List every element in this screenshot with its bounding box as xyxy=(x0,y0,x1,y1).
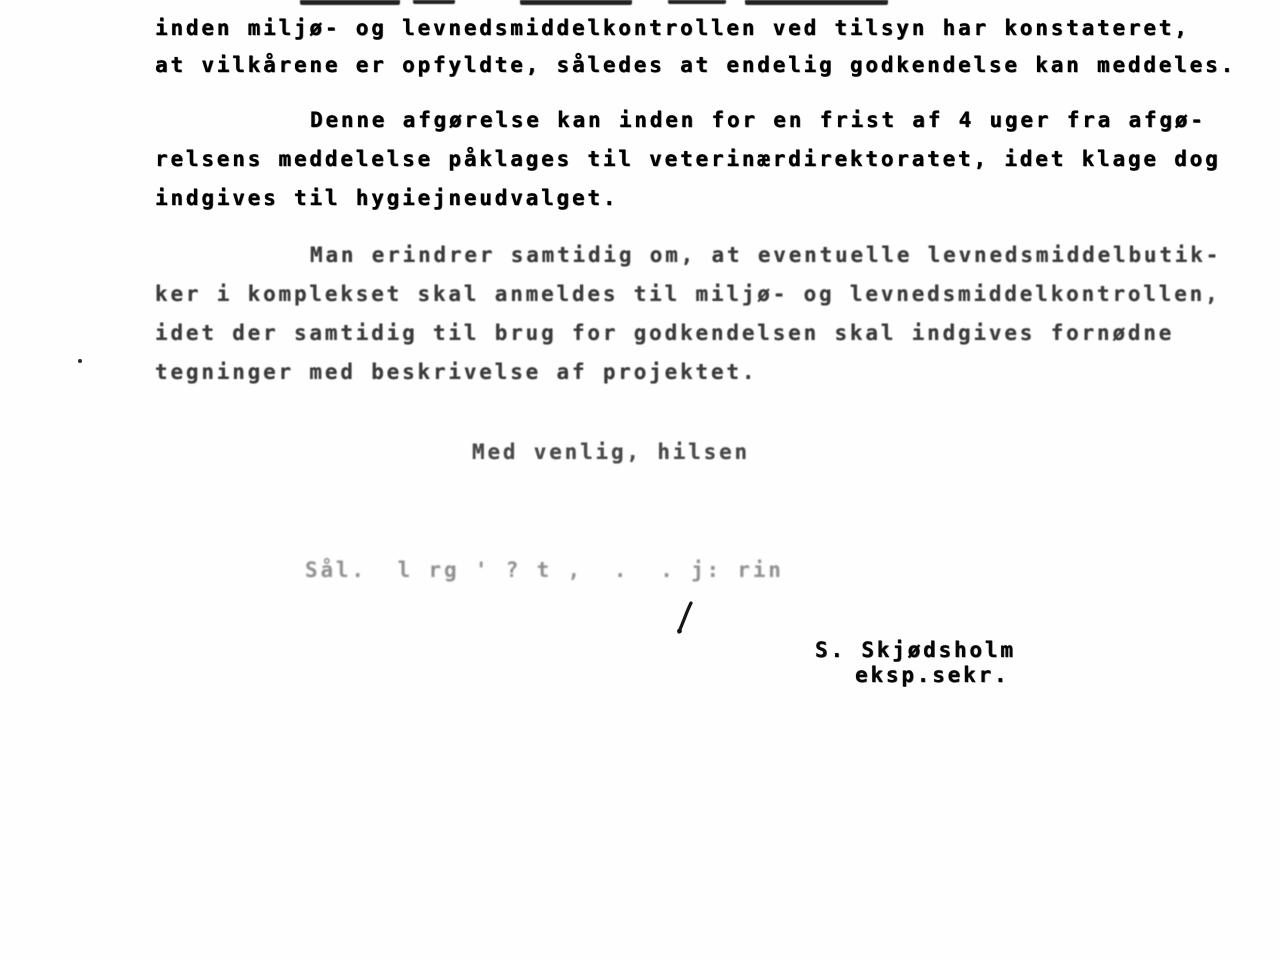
body-line: Man erindrer samtidig om, at eventuelle … xyxy=(310,243,1221,268)
faint-reference-line: Sål. l rg ' ? t , . . j: rin xyxy=(305,558,784,583)
body-line: at vilkårene er opfyldte, således at end… xyxy=(155,53,1236,78)
body-line: indgives til hygiejneudvalget. xyxy=(155,186,618,211)
body-line: relsens meddelelse påklages til veterinæ… xyxy=(155,147,1221,172)
body-line: idet der samtidig til brug for godkendel… xyxy=(155,321,1174,346)
cutoff-text-artifact xyxy=(0,0,1280,6)
cutoff-segment xyxy=(668,0,726,4)
signature-name: S. Skjødsholm xyxy=(815,638,1016,663)
body-line: inden miljø- og levnedsmiddelkontrollen … xyxy=(155,16,1190,41)
cutoff-segment xyxy=(413,0,455,4)
handwritten-slash-mark xyxy=(670,596,704,638)
body-line: tegninger med beskrivelse af projektet. xyxy=(155,360,757,385)
cutoff-segment xyxy=(300,0,400,5)
scanned-letter-page: inden miljø- og levnedsmiddelkontrollen … xyxy=(0,0,1280,960)
cutoff-segment xyxy=(745,0,888,5)
body-line: ker i komplekset skal anmeldes til miljø… xyxy=(155,282,1221,307)
body-line: Denne afgørelse kan inden for en frist a… xyxy=(310,108,1206,133)
ink-speck xyxy=(78,359,82,363)
signature-title: eksp.sekr. xyxy=(855,663,1009,688)
cutoff-segment xyxy=(520,0,632,5)
closing-salutation: Med venlig, hilsen xyxy=(472,440,750,465)
